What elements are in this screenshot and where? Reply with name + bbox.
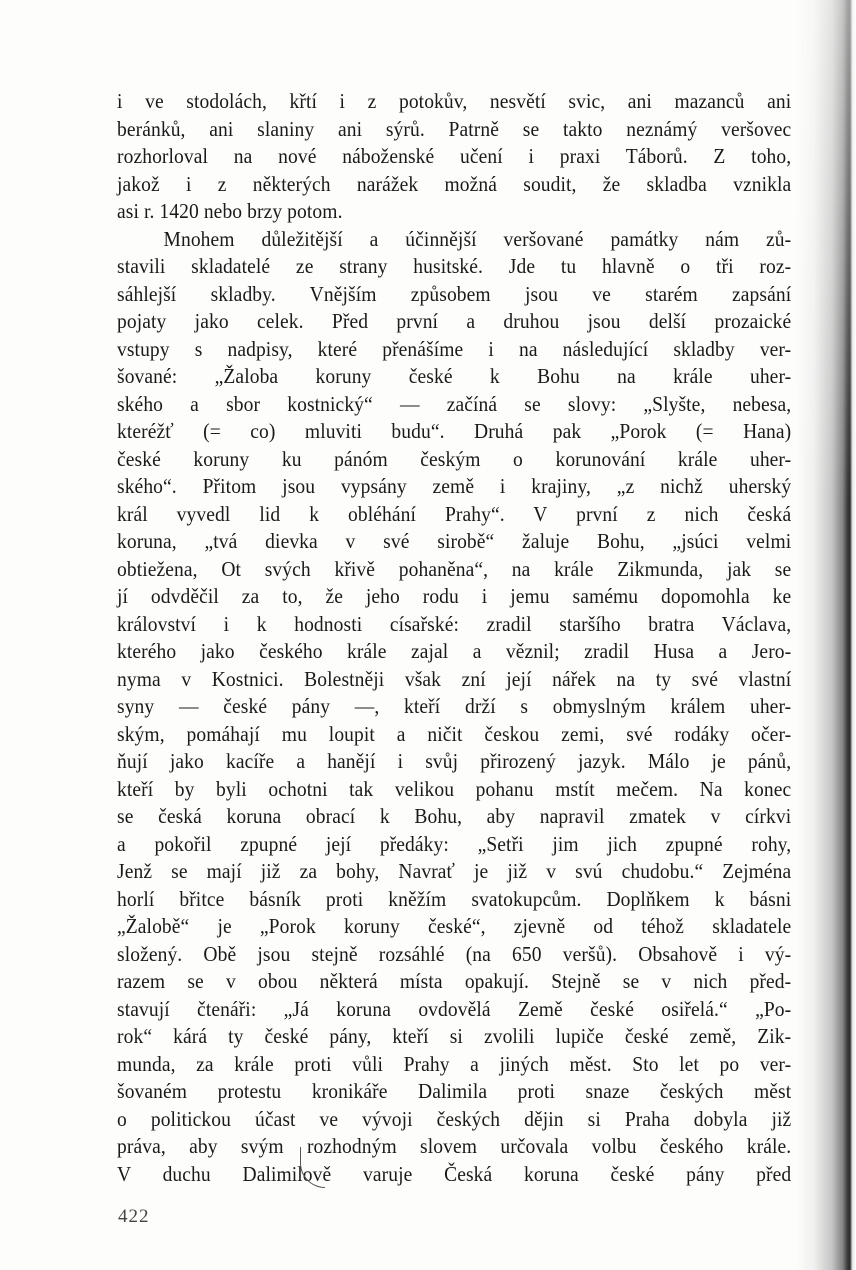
text-line: král vyvedl lid k obléhání Prahy“. V prv… bbox=[117, 501, 791, 529]
text-line: šované: „Žaloba koruny české k Bohu na k… bbox=[117, 363, 791, 391]
body-text: i ve stodolách, křtí i z potokův, nesvět… bbox=[117, 88, 791, 1188]
text-line: pojaty jako celek. Před první a druhou j… bbox=[117, 308, 791, 336]
text-line: ským, pomáhají mu loupit a ničit českou … bbox=[117, 721, 791, 749]
text-line: beránků, ani slaniny ani sýrů. Patrně se… bbox=[117, 116, 791, 144]
text-line: V duchu Dalimilově varuje Česká koruna č… bbox=[117, 1161, 791, 1189]
text-line: asi r. 1420 nebo brzy potom. bbox=[117, 198, 791, 226]
text-line: stavili skladatelé ze strany husitské. J… bbox=[117, 253, 791, 281]
text-line: vstupy s nadpisy, které přenášíme i na n… bbox=[117, 336, 791, 364]
text-line: rozhorloval na nové náboženské učení i p… bbox=[117, 143, 791, 171]
text-line: syny — české pány —, kteří drží s obmysl… bbox=[117, 693, 791, 721]
paragraph-start-line: Mnohem důležitější a účinnější veršované… bbox=[117, 226, 791, 254]
book-page: i ve stodolách, křtí i z potokův, nesvět… bbox=[0, 0, 856, 1270]
text-line: „Žalobě“ je „Porok koruny české“, zjevně… bbox=[117, 913, 791, 941]
page-number: 422 bbox=[118, 1206, 150, 1228]
text-line: sáhlejší skladby. Vnějším způsobem jsou … bbox=[117, 281, 791, 309]
text-line: šovaném protestu kronikáře Dalimila prot… bbox=[117, 1078, 791, 1106]
text-line: obtiežena, Ot svých křivě pohaněna“, na … bbox=[117, 556, 791, 584]
text-line: i ve stodolách, křtí i z potokův, nesvět… bbox=[117, 88, 791, 116]
text-line: království i k hodnosti císařské: zradil… bbox=[117, 611, 791, 639]
text-line: ského a sbor kostnický“ — začíná se slov… bbox=[117, 391, 791, 419]
text-line: koruna, „tvá dievka v své sirobě“ žaluje… bbox=[117, 528, 791, 556]
text-line: ňují jako kacíře a hanějí i svůj přiroze… bbox=[117, 748, 791, 776]
text-line: práva, aby svým rozhodným slovem určoval… bbox=[117, 1133, 791, 1161]
text-line: české koruny ku pánóm českým o korunován… bbox=[117, 446, 791, 474]
text-line: munda, za krále proti vůli Prahy a jinýc… bbox=[117, 1051, 791, 1079]
text-line: Jenž se mají již za bohy, Navrať je již … bbox=[117, 858, 791, 886]
text-line: o politickou účast ve vývoji českých děj… bbox=[117, 1106, 791, 1134]
binding-gutter-highlight bbox=[796, 0, 856, 500]
text-line: ského“. Přitom jsou vypsány země i kraji… bbox=[117, 473, 791, 501]
text-line: nyma v Kostnici. Bolestněji však zní jej… bbox=[117, 666, 791, 694]
text-line: jakož i z některých narážek možná soudit… bbox=[117, 171, 791, 199]
text-line: kteří by byli ochotni tak velikou pohanu… bbox=[117, 776, 791, 804]
text-line: kteréžť (= co) mluviti budu“. Druhá pak … bbox=[117, 418, 791, 446]
text-line: razem se v obou některá místa opakují. S… bbox=[117, 968, 791, 996]
text-line: stavují čtenáři: „Já koruna ovdovělá Zem… bbox=[117, 996, 791, 1024]
text-line: kterého jako českého krále zajal a vězni… bbox=[117, 638, 791, 666]
text-line: horlí břitce básník proti kněžím svatoku… bbox=[117, 886, 791, 914]
text-line: se česká koruna obrací k Bohu, aby napra… bbox=[117, 803, 791, 831]
text-line: jí odvděčil za to, že jeho rodu i jemu s… bbox=[117, 583, 791, 611]
text-line: a pokořil zpupné její předáky: „Setři ji… bbox=[117, 831, 791, 859]
text-line: rok“ kárá ty české pány, kteří si zvolil… bbox=[117, 1023, 791, 1051]
text-line: složený. Obě jsou stejně rozsáhlé (na 65… bbox=[117, 941, 791, 969]
